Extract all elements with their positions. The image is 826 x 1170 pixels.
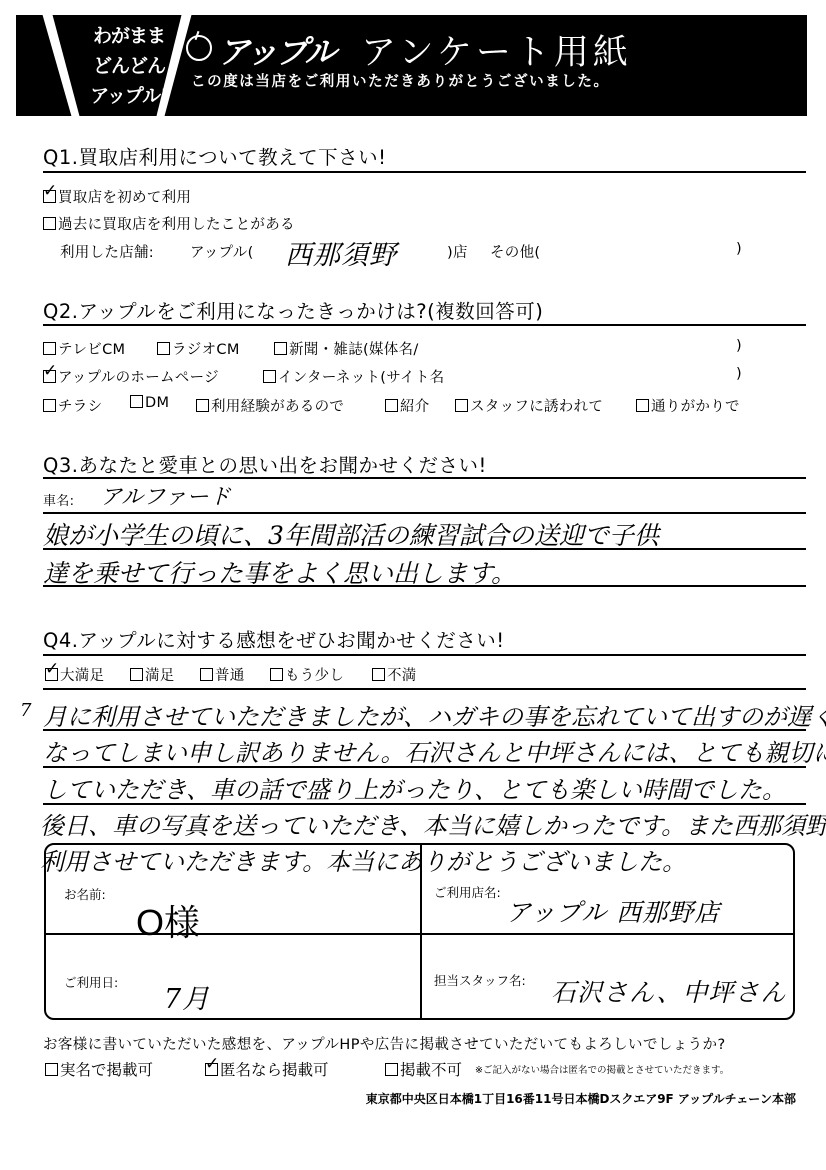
q2-option-experience[interactable]: 利用経験があるので: [196, 395, 344, 416]
q2-option-referral[interactable]: 紹介: [385, 395, 430, 416]
q1-store-input[interactable]: 西那須野: [285, 233, 397, 272]
q4-title: Q4.アップルに対する感想をぜひお聞かせください!: [43, 625, 505, 653]
q2-option-dm[interactable]: DM: [130, 395, 169, 411]
store-label: ご利用店名:: [434, 883, 501, 901]
q3-line: [43, 512, 806, 514]
q2-title: Q2.アップルをご利用になったきっかけは?(複数回答可): [43, 296, 543, 324]
q1-store-prefix: アップル(: [190, 241, 254, 262]
q4-answer-line-1[interactable]: 月に利用させていただきましたが、ハガキの事を忘れていて出すのが遅く: [43, 697, 826, 732]
q3-answer-line-1[interactable]: 娘が小学生の頃に、3年間部活の練習試合の送迎で子供: [43, 516, 659, 552]
q2-option-internet[interactable]: インターネット(サイト名: [263, 366, 444, 387]
q4-rating-dissatisfied[interactable]: 不満: [372, 664, 417, 685]
q4-answer-line-4[interactable]: 後日、車の写真を送っていただき、本当に嬉しかったです。また西那須野店: [40, 806, 826, 841]
q1-rule: [43, 171, 806, 173]
date-field[interactable]: 7月: [164, 977, 210, 1016]
q2-option-passing-by[interactable]: 通りがかりで: [636, 395, 740, 416]
slogan-badge: わがまま どんどん アップル!: [42, 15, 192, 116]
info-vertical-divider: [420, 845, 422, 1018]
checkbox-icon[interactable]: [43, 217, 56, 230]
checkbox-icon[interactable]: [130, 395, 143, 408]
form-title: アンケート用紙: [361, 25, 632, 75]
checkbox-checked-icon[interactable]: [205, 1063, 218, 1076]
checkbox-icon[interactable]: [200, 668, 213, 681]
q1-other-input[interactable]: [560, 241, 730, 261]
checkbox-icon[interactable]: [45, 1063, 58, 1076]
checkbox-checked-icon[interactable]: [43, 370, 56, 383]
checkbox-icon[interactable]: [385, 1063, 398, 1076]
staff-label: 担当スタッフ名:: [434, 971, 526, 989]
q1-other-close: ): [736, 241, 742, 257]
checkbox-icon[interactable]: [157, 342, 170, 355]
q3-car-label: 車名:: [43, 490, 74, 509]
checkbox-icon[interactable]: [43, 342, 56, 355]
slogan-text: わがまま どんどん アップル!: [84, 21, 174, 111]
q4-rating-very-satisfied[interactable]: 大満足: [45, 664, 104, 685]
q1-title: Q1.買取店利用について教えて下さい!: [43, 142, 386, 170]
checkbox-icon[interactable]: [385, 399, 398, 412]
q4-line: [43, 803, 806, 805]
q2-option-homepage[interactable]: アップルのホームページ: [43, 366, 219, 387]
q2-option-staff[interactable]: スタッフに誘われて: [455, 395, 603, 416]
name-field[interactable]: O様: [136, 895, 200, 946]
checkbox-checked-icon[interactable]: [43, 190, 56, 203]
q3-rule: [43, 477, 806, 479]
q3-line: [43, 548, 806, 550]
q4-rating-satisfied[interactable]: 満足: [130, 664, 175, 685]
q3-car-input[interactable]: アルファード: [100, 480, 231, 511]
q3-title: Q3.あなたと愛車との思い出をお聞かせください!: [43, 450, 487, 478]
checkbox-icon[interactable]: [455, 399, 468, 412]
form-header: わがまま どんどん アップル! アップル アンケート用紙 この度は当店をご利用い…: [16, 15, 807, 116]
q4-line: [43, 766, 806, 768]
q4-rating-normal[interactable]: 普通: [200, 664, 245, 685]
q2-newspaper-close: ): [736, 338, 742, 354]
brand-logo: アップル: [218, 27, 334, 73]
checkbox-icon[interactable]: [263, 370, 276, 383]
form-subtitle: この度は当店をご利用いただきありがとうございました。: [191, 70, 610, 91]
q2-rule: [43, 324, 806, 326]
q2-option-radio-cm[interactable]: ラジオCM: [157, 338, 240, 359]
company-address: 東京都中央区日本橋1丁目16番11号日本橋Dスクエア9F アップルチェーン本部: [366, 1090, 796, 1107]
q4-line: [43, 688, 806, 690]
staff-field[interactable]: 石沢さん、中坪さん: [551, 973, 787, 1009]
checkbox-icon[interactable]: [274, 342, 287, 355]
q2-internet-close: ): [736, 366, 742, 382]
q2-option-tv-cm[interactable]: テレビCM: [43, 338, 125, 359]
checkbox-icon[interactable]: [372, 668, 385, 681]
publish-note: ※ご記入がない場合は匿名での掲載とさせていただきます。: [475, 1062, 729, 1076]
date-label: ご利用日:: [64, 973, 118, 991]
publish-option-real-name[interactable]: 実名で掲載可: [45, 1058, 153, 1080]
checkbox-icon[interactable]: [130, 668, 143, 681]
q4-answer-line-2[interactable]: なってしまい申し訳ありません。石沢さんと中坪さんには、とても親切に: [43, 733, 826, 768]
checkbox-icon[interactable]: [43, 399, 56, 412]
q2-option-newspaper[interactable]: 新聞・雑誌(媒体名/: [274, 338, 419, 359]
q1-option-used-before[interactable]: 過去に買取店を利用したことがある: [43, 213, 295, 234]
publish-question: お客様に書いていただいた感想を、アップルHPや広告に掲載させていただいてもよろし…: [43, 1033, 726, 1054]
checkbox-icon[interactable]: [196, 399, 209, 412]
publish-option-not-allowed[interactable]: 掲載不可: [385, 1058, 462, 1080]
checkbox-icon[interactable]: [636, 399, 649, 412]
q4-margin-mark: 7: [20, 700, 31, 721]
q2-option-flyer[interactable]: チラシ: [43, 395, 102, 416]
apple-logo-icon: [186, 35, 212, 61]
q4-rule: [43, 654, 806, 656]
q4-answer-line-3[interactable]: していただき、車の話で盛り上がったり、とても楽しい時間でした。: [43, 770, 786, 805]
checkbox-checked-icon[interactable]: [45, 668, 58, 681]
q3-line: [43, 585, 806, 587]
name-label: お名前:: [64, 885, 106, 903]
customer-info-box: お名前: O様 ご利用店名: アップル 西那野店 ご利用日: 7月 担当スタッフ…: [44, 843, 795, 1020]
checkbox-icon[interactable]: [270, 668, 283, 681]
q1-store-label: 利用した店舗:: [60, 241, 154, 262]
q1-store-suffix: )店: [447, 241, 468, 262]
store-field[interactable]: アップル 西那野店: [506, 893, 720, 929]
q1-option-first-time[interactable]: 買取店を初めて利用: [43, 186, 191, 207]
q4-rating-could-be-better[interactable]: もう少し: [270, 664, 344, 685]
q4-line: [43, 729, 806, 731]
q1-other-label: その他(: [490, 241, 540, 262]
publish-option-anonymous[interactable]: 匿名なら掲載可: [205, 1058, 329, 1080]
